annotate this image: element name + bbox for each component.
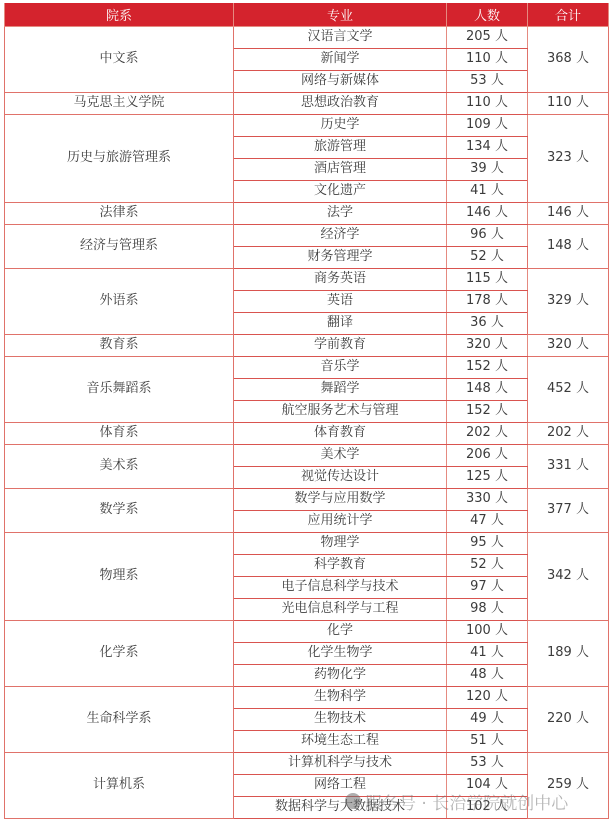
department-cell: 化学系 [5, 620, 234, 686]
table-row: 化学系化学100 人189 人 [5, 620, 609, 642]
table-row: 物理系物理学95 人342 人 [5, 532, 609, 554]
major-cell: 汉语言文学 [234, 26, 447, 48]
count-cell: 49 人 [447, 708, 528, 730]
major-cell: 舞蹈学 [234, 378, 447, 400]
table-row: 马克思主义学院思想政治教育110 人110 人 [5, 92, 609, 114]
count-cell: 96 人 [447, 224, 528, 246]
major-cell: 视觉传达设计 [234, 466, 447, 488]
count-cell: 152 人 [447, 356, 528, 378]
total-cell: 189 人 [528, 620, 609, 686]
major-cell: 思想政治教育 [234, 92, 447, 114]
count-cell: 110 人 [447, 48, 528, 70]
major-cell: 体育教育 [234, 422, 447, 444]
total-cell: 320 人 [528, 334, 609, 356]
major-cell: 经济学 [234, 224, 447, 246]
table-row: 音乐舞蹈系音乐学152 人452 人 [5, 356, 609, 378]
total-cell: 452 人 [528, 356, 609, 422]
major-cell: 化学生物学 [234, 642, 447, 664]
count-cell: 320 人 [447, 334, 528, 356]
department-cell: 经济与管理系 [5, 224, 234, 268]
table-row: 经济与管理系经济学96 人148 人 [5, 224, 609, 246]
header-total: 合计 [528, 3, 609, 26]
count-cell: 41 人 [447, 642, 528, 664]
count-cell: 52 人 [447, 246, 528, 268]
count-cell: 48 人 [447, 664, 528, 686]
major-cell: 光电信息科学与工程 [234, 598, 447, 620]
major-cell: 旅游管理 [234, 136, 447, 158]
major-cell: 商务英语 [234, 268, 447, 290]
total-cell: 377 人 [528, 488, 609, 532]
enrollment-table-container: 院系 专业 人数 合计 中文系汉语言文学205 人368 人新闻学110 人网络… [4, 3, 608, 819]
table-row: 法律系法学146 人146 人 [5, 202, 609, 224]
count-cell: 178 人 [447, 290, 528, 312]
major-cell: 物理学 [234, 532, 447, 554]
major-cell: 应用统计学 [234, 510, 447, 532]
department-cell: 外语系 [5, 268, 234, 334]
count-cell: 110 人 [447, 92, 528, 114]
total-cell: 331 人 [528, 444, 609, 488]
major-cell: 美术学 [234, 444, 447, 466]
header-count: 人数 [447, 3, 528, 26]
department-cell: 数学系 [5, 488, 234, 532]
enrollment-table: 院系 专业 人数 合计 中文系汉语言文学205 人368 人新闻学110 人网络… [4, 3, 609, 819]
count-cell: 95 人 [447, 532, 528, 554]
count-cell: 120 人 [447, 686, 528, 708]
count-cell: 52 人 [447, 554, 528, 576]
count-cell: 51 人 [447, 730, 528, 752]
department-cell: 历史与旅游管理系 [5, 114, 234, 202]
total-cell: 146 人 [528, 202, 609, 224]
department-cell: 教育系 [5, 334, 234, 356]
count-cell: 146 人 [447, 202, 528, 224]
count-cell: 53 人 [447, 752, 528, 774]
major-cell: 文化遗产 [234, 180, 447, 202]
major-cell: 学前教育 [234, 334, 447, 356]
total-cell: 329 人 [528, 268, 609, 334]
count-cell: 53 人 [447, 70, 528, 92]
major-cell: 生物技术 [234, 708, 447, 730]
total-cell: 148 人 [528, 224, 609, 268]
count-cell: 115 人 [447, 268, 528, 290]
major-cell: 计算机科学与技术 [234, 752, 447, 774]
major-cell: 科学教育 [234, 554, 447, 576]
department-cell: 体育系 [5, 422, 234, 444]
table-row: 历史与旅游管理系历史学109 人323 人 [5, 114, 609, 136]
table-row: 美术系美术学206 人331 人 [5, 444, 609, 466]
major-cell: 数学与应用数学 [234, 488, 447, 510]
count-cell: 206 人 [447, 444, 528, 466]
major-cell: 音乐学 [234, 356, 447, 378]
major-cell: 电子信息科学与技术 [234, 576, 447, 598]
department-cell: 计算机系 [5, 752, 234, 818]
major-cell: 英语 [234, 290, 447, 312]
table-body: 中文系汉语言文学205 人368 人新闻学110 人网络与新媒体53 人马克思主… [5, 26, 609, 818]
count-cell: 152 人 [447, 400, 528, 422]
header-department: 院系 [5, 3, 234, 26]
department-cell: 美术系 [5, 444, 234, 488]
department-cell: 马克思主义学院 [5, 92, 234, 114]
count-cell: 47 人 [447, 510, 528, 532]
department-cell: 法律系 [5, 202, 234, 224]
total-cell: 110 人 [528, 92, 609, 114]
table-row: 计算机系计算机科学与技术53 人259 人 [5, 752, 609, 774]
total-cell: 202 人 [528, 422, 609, 444]
count-cell: 134 人 [447, 136, 528, 158]
department-cell: 中文系 [5, 26, 234, 92]
count-cell: 98 人 [447, 598, 528, 620]
header-major: 专业 [234, 3, 447, 26]
count-cell: 109 人 [447, 114, 528, 136]
table-header-row: 院系 专业 人数 合计 [5, 3, 609, 26]
table-row: 教育系学前教育320 人320 人 [5, 334, 609, 356]
total-cell: 323 人 [528, 114, 609, 202]
major-cell: 化学 [234, 620, 447, 642]
major-cell: 环境生态工程 [234, 730, 447, 752]
count-cell: 100 人 [447, 620, 528, 642]
count-cell: 202 人 [447, 422, 528, 444]
major-cell: 酒店管理 [234, 158, 447, 180]
count-cell: 205 人 [447, 26, 528, 48]
major-cell: 航空服务艺术与管理 [234, 400, 447, 422]
department-cell: 生命科学系 [5, 686, 234, 752]
major-cell: 新闻学 [234, 48, 447, 70]
major-cell: 生物科学 [234, 686, 447, 708]
count-cell: 125 人 [447, 466, 528, 488]
table-row: 外语系商务英语115 人329 人 [5, 268, 609, 290]
count-cell: 102 人 [447, 796, 528, 818]
major-cell: 网络工程 [234, 774, 447, 796]
total-cell: 342 人 [528, 532, 609, 620]
count-cell: 39 人 [447, 158, 528, 180]
count-cell: 97 人 [447, 576, 528, 598]
department-cell: 音乐舞蹈系 [5, 356, 234, 422]
table-row: 生命科学系生物科学120 人220 人 [5, 686, 609, 708]
count-cell: 104 人 [447, 774, 528, 796]
table-row: 数学系数学与应用数学330 人377 人 [5, 488, 609, 510]
count-cell: 41 人 [447, 180, 528, 202]
major-cell: 药物化学 [234, 664, 447, 686]
major-cell: 翻译 [234, 312, 447, 334]
table-row: 体育系体育教育202 人202 人 [5, 422, 609, 444]
major-cell: 财务管理学 [234, 246, 447, 268]
total-cell: 259 人 [528, 752, 609, 818]
major-cell: 数据科学与大数据技术 [234, 796, 447, 818]
table-row: 中文系汉语言文学205 人368 人 [5, 26, 609, 48]
count-cell: 330 人 [447, 488, 528, 510]
major-cell: 法学 [234, 202, 447, 224]
major-cell: 网络与新媒体 [234, 70, 447, 92]
count-cell: 36 人 [447, 312, 528, 334]
department-cell: 物理系 [5, 532, 234, 620]
total-cell: 220 人 [528, 686, 609, 752]
total-cell: 368 人 [528, 26, 609, 92]
major-cell: 历史学 [234, 114, 447, 136]
count-cell: 148 人 [447, 378, 528, 400]
